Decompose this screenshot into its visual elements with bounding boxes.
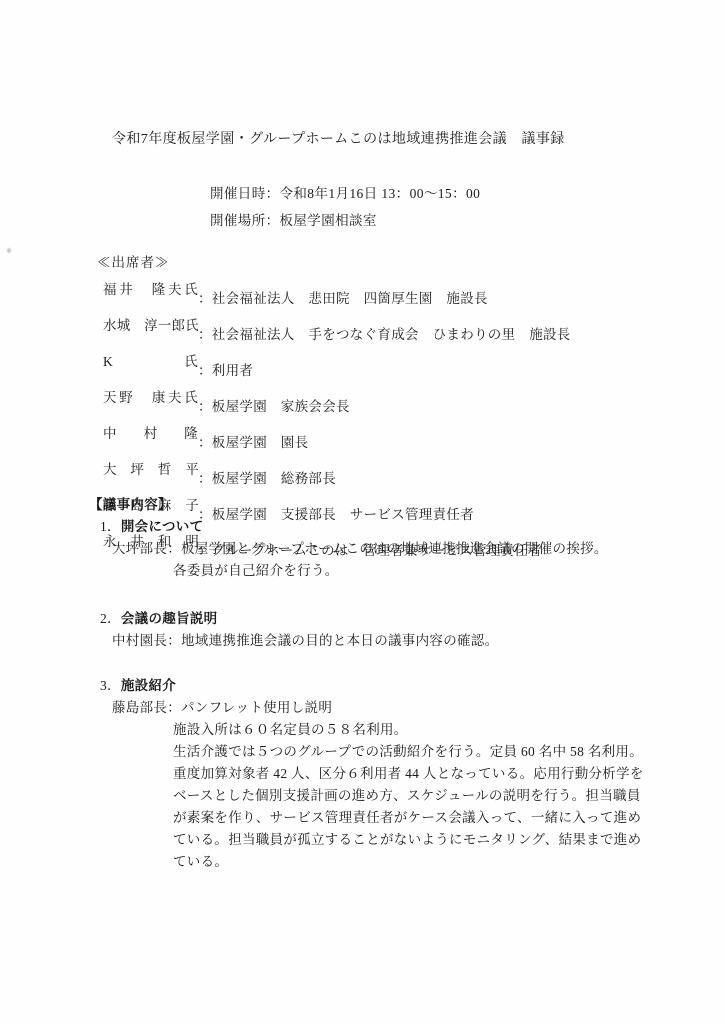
agenda-item-title: 会議の趣旨説明 (121, 611, 218, 626)
attendee-row: K 氏：利用者 (97, 348, 571, 384)
speaker-name: 中村園長： (112, 633, 181, 648)
attendee-row: 中 村 隆：板屋学園 園長 (97, 420, 571, 456)
paragraph-line: ている。 (173, 851, 644, 873)
paragraph-line: が素案を作り、サービス管理責任者がケース会議入って、一緒に入って進め (173, 807, 644, 829)
agenda-item-number: 1． (100, 519, 121, 534)
agenda-item-number: 3． (100, 678, 121, 693)
paragraph-line: ている。担当職員が孤立することがないようにモニタリング、結果まで進め (173, 829, 644, 851)
speaker-statement: 地域連携推進会議の目的と本日の議事内容の確認。 (181, 633, 498, 648)
attendee-row: 天野 康夫氏：板屋学園 家族会会長 (97, 384, 571, 420)
speaker-line: 大坪部長：板屋学園とグループホームこのはの地域連携推進会議の開催の挨拶。 (112, 538, 644, 560)
meeting-info: 開催日時：令和8年1月16日 13：00～15：00 開催場所：板屋学園相談室 (210, 180, 480, 234)
paragraph-line: 重度加算対象者 42 人、区分６利用者 44 人となっている。応用行動分析学を (173, 763, 644, 785)
paragraph-line: ベースとした個別支援計画の進め方、スケジュールの説明を行う。担当職員 (173, 785, 644, 807)
agenda-section: 【議事内容】 1．開会について 大坪部長：板屋学園とグループホームこのはの地域連… (89, 494, 644, 873)
speaker-line: 藤島部長：パンフレット使用し説明 (112, 697, 644, 719)
attendee-role: ：社会福祉法人 手をつなぐ育成会 ひまわりの里 施設長 (198, 327, 571, 342)
attendee-role: ：板屋学園 家族会会長 (198, 399, 350, 414)
attendees-header: ≪出席者≫ (97, 249, 571, 276)
meeting-location: 開催場所：板屋学園相談室 (210, 207, 480, 234)
agenda-item-heading: 2．会議の趣旨説明 (100, 608, 644, 630)
statement-paragraph: 施設入所は６０名定員の５８名利用。 生活介護では５つのグループでの活動紹介を行う… (173, 719, 644, 873)
agenda-item-title: 施設紹介 (121, 678, 176, 693)
attendee-role: ：板屋学園 園長 (198, 435, 308, 450)
agenda-item-opening: 1．開会について 大坪部長：板屋学園とグループホームこのはの地域連携推進会議の開… (89, 516, 644, 582)
document-page: 令和7年度板屋学園・グループホームこのは地域連携推進会議 議事録 開催日時：令和… (0, 0, 725, 1024)
speaker-statement: 板屋学園とグループホームこのはの地域連携推進会議の開催の挨拶。 (181, 541, 608, 556)
attendee-name: 中 村 隆 (103, 420, 198, 447)
statement-continuation: 各委員が自己紹介を行う。 (173, 560, 644, 582)
attendee-role: ：社会福祉法人 悲田院 四箇厚生園 施設長 (198, 291, 488, 306)
paragraph-line: 生活介護では５つのグループでの活動紹介を行う。定員 60 名中 58 名利用。 (173, 741, 644, 763)
speaker-name: 大坪部長： (112, 541, 181, 556)
attendee-row: 大 坪 哲 平：板屋学園 総務部長 (97, 456, 571, 492)
paragraph-line: 施設入所は６０名定員の５８名利用。 (173, 719, 644, 741)
meeting-datetime: 開催日時：令和8年1月16日 13：00～15：00 (210, 180, 480, 207)
speaker-line: 中村園長：地域連携推進会議の目的と本日の議事内容の確認。 (112, 630, 644, 652)
agenda-item-number: 2． (100, 611, 121, 626)
agenda-item-heading: 1．開会について (100, 516, 644, 538)
agenda-header: 【議事内容】 (89, 494, 644, 516)
attendee-name: 福井 隆夫氏 (103, 276, 198, 303)
speaker-statement: パンフレット使用し説明 (181, 700, 332, 715)
attendee-name: 大 坪 哲 平 (103, 456, 198, 483)
attendee-row: 福井 隆夫氏：社会福祉法人 悲田院 四箇厚生園 施設長 (97, 276, 571, 312)
attendee-role: ：利用者 (198, 363, 253, 378)
attendee-row: 水城 淳一郎氏：社会福祉法人 手をつなぐ育成会 ひまわりの里 施設長 (97, 312, 571, 348)
agenda-item-purpose: 2．会議の趣旨説明 中村園長：地域連携推進会議の目的と本日の議事内容の確認。 (89, 608, 644, 652)
attendee-name: K 氏 (103, 348, 198, 375)
attendee-name: 天野 康夫氏 (103, 384, 198, 411)
scan-artifact (7, 248, 11, 253)
agenda-item-heading: 3．施設紹介 (100, 675, 644, 697)
agenda-item-title: 開会について (121, 519, 204, 534)
page-title: 令和7年度板屋学園・グループホームこのは地域連携推進会議 議事録 (112, 130, 565, 150)
attendee-name: 水城 淳一郎氏 (103, 312, 198, 339)
speaker-name: 藤島部長： (112, 700, 181, 715)
agenda-item-facility-intro: 3．施設紹介 藤島部長：パンフレット使用し説明 施設入所は６０名定員の５８名利用… (89, 675, 644, 873)
attendee-role: ：板屋学園 総務部長 (198, 471, 336, 486)
